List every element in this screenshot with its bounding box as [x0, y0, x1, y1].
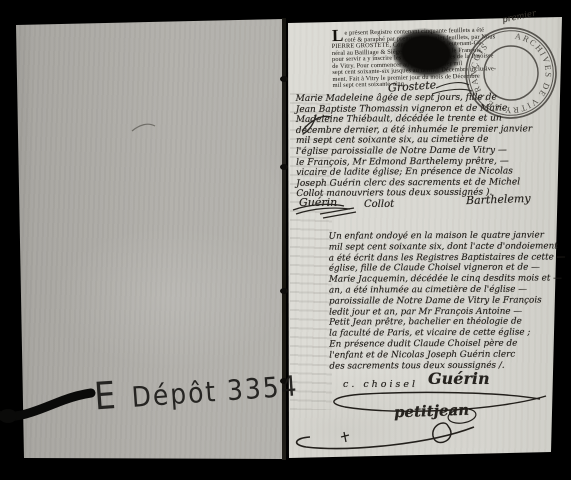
stitch-knot — [280, 288, 288, 294]
stitch-knot — [280, 76, 288, 82]
signature-choisel: c. choisel — [343, 379, 418, 390]
signature-barthelemy: Barthelemy — [466, 192, 531, 207]
signature-petitjean: petitjean — [394, 401, 470, 422]
register-scan: E Dépôt 3354 premier L e présent Registr… — [0, 0, 571, 480]
signature-collot: Collot — [364, 199, 394, 210]
burial-entry-2: Un enfant ondoyé en la maison le quatre … — [329, 230, 568, 372]
signature-guerin: Guérin — [299, 196, 337, 209]
stitch-knot — [280, 164, 288, 170]
burial-entry-1: Marie Madeleine âgée de sept jours, fill… — [296, 92, 569, 200]
signature-guerin-2: Guérin — [428, 369, 490, 388]
